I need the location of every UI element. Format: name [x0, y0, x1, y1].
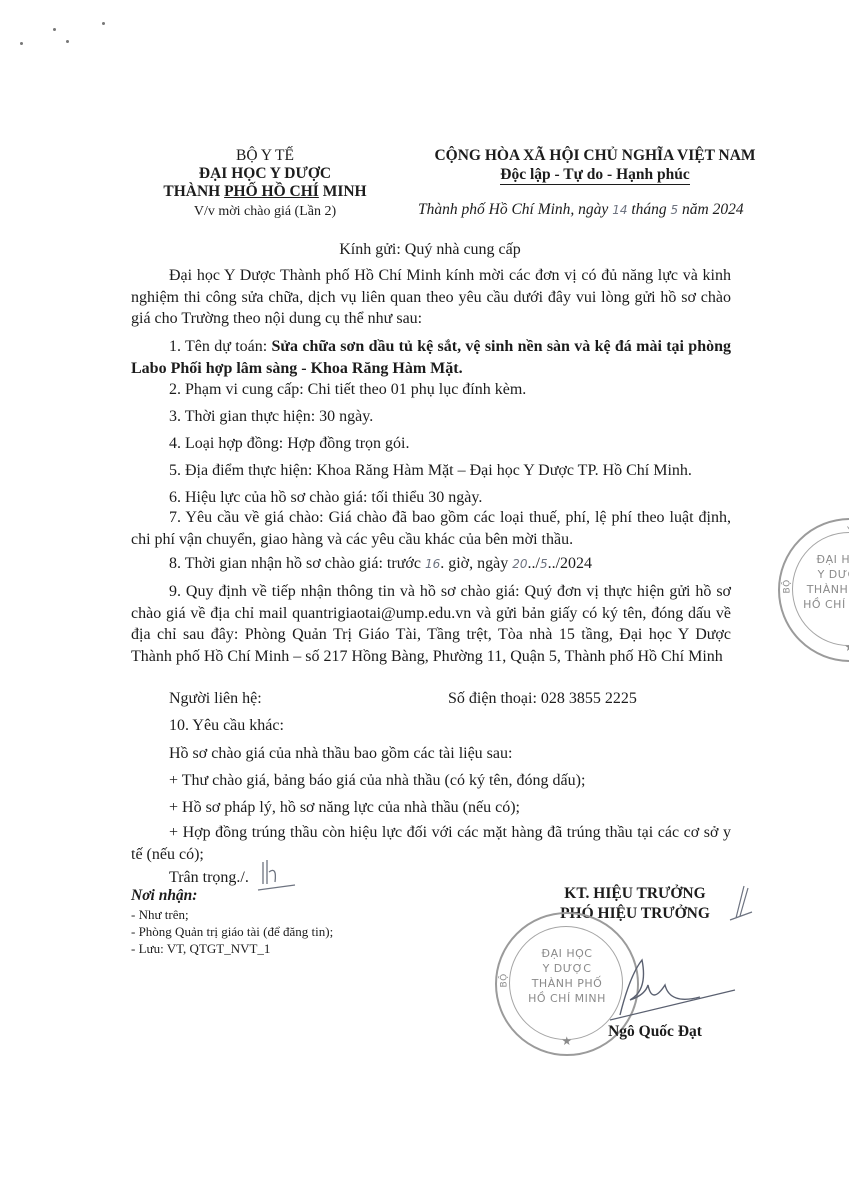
item-8-prefix: 8. Thời gian nhận hồ sơ chào giá: trước [169, 555, 425, 572]
edge-seal-star-icon: ★ [840, 640, 849, 655]
recipient-2: - Phòng Quản trị giáo tài (để đăng tin); [131, 924, 333, 940]
item-6-validity: 6. Hiệu lực của hồ sơ chào giá: tối thiể… [169, 489, 482, 507]
initials-signature-icon [255, 858, 305, 894]
item-7-price-requirements: 7. Yêu cầu về giá chào: Giá chào đã bao … [131, 507, 731, 550]
recipients-title: Nơi nhận: [131, 887, 197, 905]
item-1-project-name: 1. Tên dự toán: Sửa chữa sơn dầu tủ kệ s… [131, 336, 731, 379]
date-prefix: Thành phố Hồ Chí Minh, ngày [418, 201, 612, 218]
item-8-year: ../2024 [548, 555, 592, 572]
date-day-handwritten: 14 [612, 203, 627, 217]
recipient-3: - Lưu: VT, QTGT_NVT_1 [131, 941, 270, 957]
item-4-contract-type: 4. Loại hợp đồng: Hợp đồng trọn gói. [169, 435, 409, 453]
date-year: năm 2024 [678, 201, 743, 218]
ministry-name: BỘ Y TẾ [170, 147, 360, 165]
scan-speck [102, 22, 105, 25]
university-line2-post: MINH [319, 183, 367, 200]
edge-seal-top: Y [840, 524, 849, 539]
university-name-line2: THÀNH PHỐ HỒ CHÍ MINH [130, 183, 400, 201]
salutation: Kính gửi: Quý nhà cung cấp [150, 241, 710, 259]
closing-text: Trân trọng./. [169, 869, 249, 887]
university-line2-underlined: PHỐ HỒ CHÍ [224, 183, 319, 200]
intro-paragraph: Đại học Y Dược Thành phố Hồ Chí Minh kín… [131, 265, 731, 330]
document-item-3: + Hợp đồng trúng thầu còn hiệu lực đối v… [131, 822, 731, 865]
scan-speck [53, 28, 56, 31]
item-10-other-requirements: 10. Yêu cầu khác: [169, 717, 284, 735]
subject-line: V/v mời chào giá (Lần 2) [150, 204, 380, 220]
seal-side-text: BỘ [498, 976, 513, 988]
item-2-scope: 2. Phạm vi cung cấp: Chi tiết theo 01 ph… [169, 381, 526, 399]
contact-person-label: Người liên hệ: [169, 690, 262, 708]
recipient-1: - Như trên; [131, 907, 189, 923]
motto: Độc lập - Tự do - Hạnh phúc [405, 166, 785, 184]
document-date: Thành phố Hồ Chí Minh, ngày 14 tháng 5 n… [418, 201, 744, 219]
edge-seal-side: BỘ [781, 582, 796, 594]
item-8-month-handwritten: 5 [540, 557, 548, 571]
edge-seal-text: ĐẠI HỌC Y DƯỢC THÀNH PHỐ HỒ CHÍ MINH [790, 552, 849, 612]
university-line2-pre: THÀNH [163, 183, 224, 200]
item-1-label: 1. Tên dự toán: [169, 338, 272, 355]
item-8-day-handwritten: 20 [512, 557, 527, 571]
item-3-duration: 3. Thời gian thực hiện: 30 ngày. [169, 408, 373, 426]
edge-seal-line-2: Y DƯỢC [790, 567, 849, 582]
seal-star-icon: ★ [557, 1034, 577, 1049]
edge-seal: Y ĐẠI HỌC Y DƯỢC THÀNH PHỐ HỒ CHÍ MINH B… [778, 518, 849, 662]
university-name-line1: ĐẠI HỌC Y DƯỢC [150, 165, 380, 183]
nation-title: CỘNG HÒA XÃ HỘI CHỦ NGHĨA VIỆT NAM [405, 147, 785, 165]
scan-speck [66, 40, 69, 43]
edge-seal-line-3: THÀNH PHỐ [790, 582, 849, 597]
document-item-2: + Hồ sơ pháp lý, hồ sơ năng lực của nhà … [169, 799, 520, 817]
item-9-submission-rules: 9. Quy định về tiếp nhận thông tin và hồ… [131, 581, 731, 667]
date-month-label: tháng [627, 201, 670, 218]
edge-seal-line-4: HỒ CHÍ MINH [790, 597, 849, 612]
item-8-deadline: 8. Thời gian nhận hồ sơ chào giá: trước … [169, 555, 592, 573]
item-8-mid: . giờ, ngày [440, 555, 512, 572]
item-5-location: 5. Địa điểm thực hiện: Khoa Răng Hàm Mặt… [169, 462, 692, 480]
signature-title-1: KT. HIỆU TRƯỞNG [540, 885, 730, 903]
documents-intro: Hồ sơ chào giá của nhà thầu bao gồm các … [169, 745, 512, 763]
scan-speck [20, 42, 23, 45]
item-8-sep: ../ [528, 555, 540, 572]
initials-title-icon [726, 882, 756, 922]
signer-name: Ngô Quốc Đạt [590, 1023, 720, 1041]
main-signature-icon [590, 945, 740, 1025]
motto-text: Độc lập - Tự do - Hạnh phúc [500, 166, 689, 185]
document-item-1: + Thư chào giá, bảng báo giá của nhà thầ… [169, 772, 585, 790]
contact-phone: Số điện thoại: 028 3855 2225 [448, 690, 637, 708]
edge-seal-line-1: ĐẠI HỌC [790, 552, 849, 567]
item-8-hour-handwritten: 16 [425, 557, 440, 571]
